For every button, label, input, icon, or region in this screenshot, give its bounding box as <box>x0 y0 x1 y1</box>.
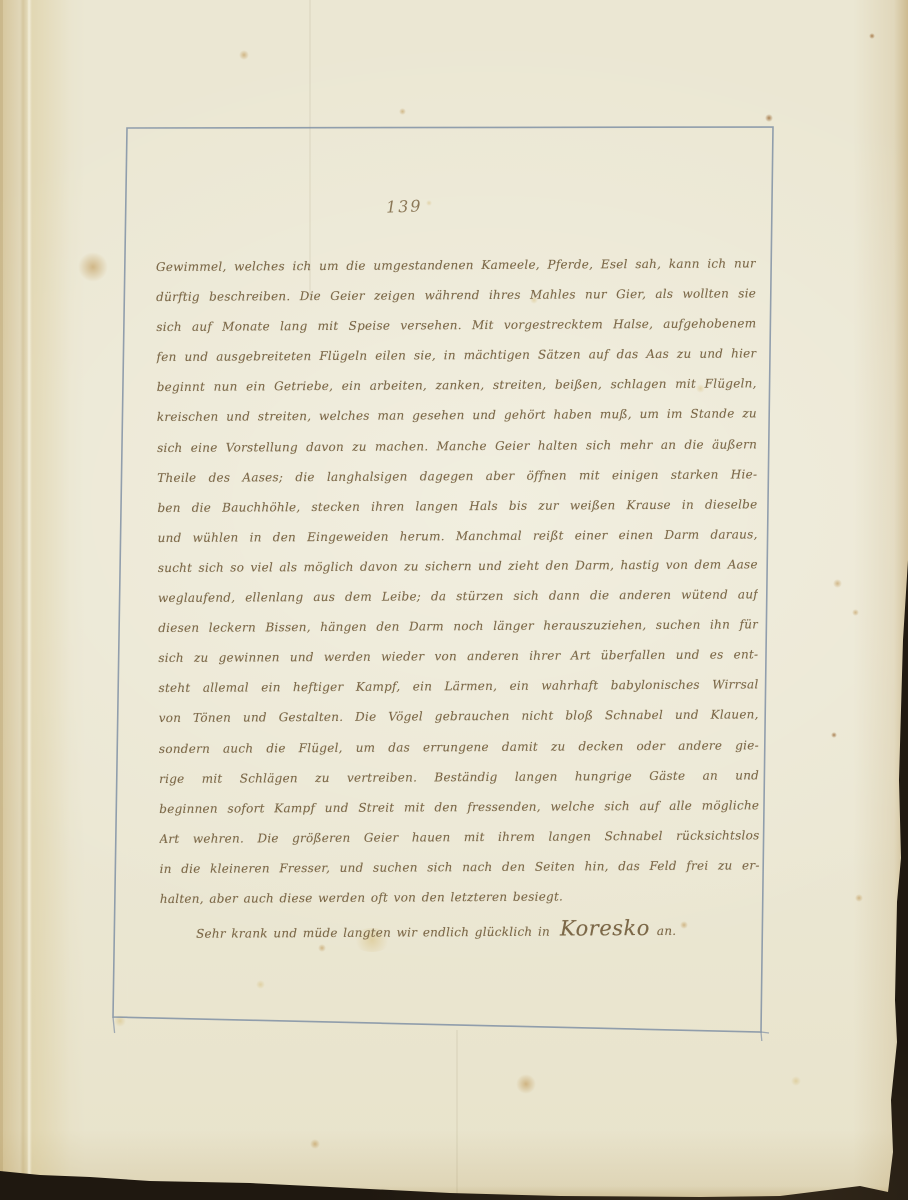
manuscript-line: kreischen und streiten, welches man gese… <box>157 399 757 433</box>
manuscript-line: halten, aber auch diese werden oft von d… <box>160 880 760 914</box>
scanned-book-photo: 139 Gewimmel, welches ich um die umgesta… <box>0 0 908 1200</box>
manuscript-line: steht allemal ein heftiger Kampf, ein Lä… <box>158 670 758 704</box>
manuscript-line: sucht sich so viel als möglich davon zu … <box>158 549 758 583</box>
manuscript-line: von Tönen und Gestalten. Die Vögel gebra… <box>159 700 759 734</box>
manuscript-line: Gewimmel, welches ich um die umgestanden… <box>156 248 756 282</box>
manuscript-line: Art wehren. Die größeren Geier hauen mit… <box>159 820 759 854</box>
closing-line: Sehr krank und müde langten wir endlich … <box>160 910 760 948</box>
closing-text: Sehr krank und müde langten wir endlich … <box>196 925 550 941</box>
manuscript-line: dürftig beschreiben. Die Geier zeigen wä… <box>156 278 756 312</box>
manuscript-line: in die kleineren Fresser, und suchen sic… <box>160 850 760 884</box>
manuscript-line: fen und ausgebreiteten Flügeln eilen sie… <box>156 339 756 373</box>
manuscript-line: sich zu gewinnen und werden wieder von a… <box>158 640 758 674</box>
manuscript-line: sondern auch die Flügel, um das errungen… <box>159 730 759 764</box>
manuscript-line: sich eine Vorstellung davon zu machen. M… <box>157 429 757 463</box>
manuscript-line: Theile des Aases; die langhalsigen dageg… <box>157 459 757 493</box>
manuscript-line: und wühlen in den Eingeweiden herum. Man… <box>158 519 758 553</box>
place-name-koresko: Koresko <box>560 916 650 941</box>
manuscript-text: Gewimmel, welches ich um die umgestanden… <box>156 248 760 948</box>
manuscript-line: beginnt nun ein Getriebe, ein arbeiten, … <box>157 369 757 403</box>
manuscript-line: weglaufend, ellenlang aus dem Leibe; da … <box>158 579 758 613</box>
manuscript-line: beginnen sofort Kampf und Streit mit den… <box>159 790 759 824</box>
closing-suffix: an. <box>657 924 677 938</box>
page-number: 139 <box>386 196 423 216</box>
manuscript-line: rige mit Schlägen zu vertreiben. Beständ… <box>159 760 759 794</box>
manuscript-line: diesen leckern Bissen, hängen den Darm n… <box>158 609 758 643</box>
manuscript-line: sich auf Monate lang mit Speise versehen… <box>156 309 756 343</box>
manuscript-line: ben die Bauchhöhle, stecken ihren langen… <box>157 489 757 523</box>
manuscript-paper: 139 Gewimmel, welches ich um die umgesta… <box>0 0 908 1200</box>
